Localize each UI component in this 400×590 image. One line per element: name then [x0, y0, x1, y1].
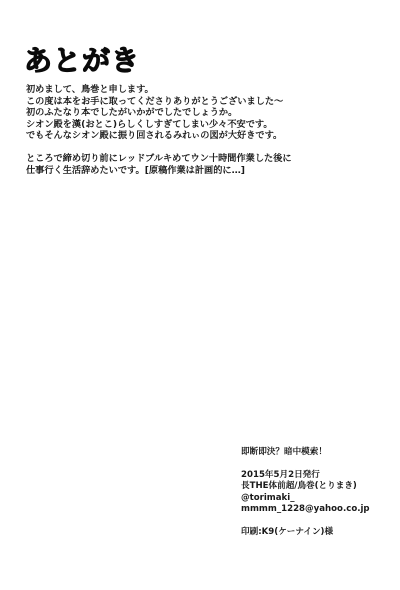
- circle-author: 長THE体前超/鳥巻(とりまき): [241, 481, 370, 493]
- text-line: シオン殿を漢(おとこ)らしくしすぎてしまい少々不安です。: [26, 119, 396, 131]
- printer-credit: 印刷:K9(ケーナイン)様: [241, 527, 370, 539]
- text-line: ところで締め切り前にレッドブルキめてウン十時間作業した後に: [26, 153, 396, 165]
- page-title: あとがき: [24, 44, 140, 78]
- colophon: 即断即決？暗中模索！ 2015年5月2日発行 長THE体前超/鳥巻(とりまき) …: [241, 447, 370, 538]
- paragraph-greeting: 初めまして、鳥巻と申します。 この度は本をお手に取ってくださりありがとうございま…: [26, 84, 396, 142]
- afterword-body: 初めまして、鳥巻と申します。 この度は本をお手に取ってくださりありがとうございま…: [26, 84, 396, 176]
- publication-info: 2015年5月2日発行 長THE体前超/鳥巻(とりまき) @torimaki_ …: [241, 470, 370, 516]
- text-line: 初のふたなり本でしたがいかがでしたでしょうか。: [26, 107, 396, 119]
- text-line: 初めまして、鳥巻と申します。: [26, 84, 396, 96]
- text-line: 仕事行く生活辞めたいです。[原稿作業は計画的に…]: [26, 165, 396, 177]
- contact-email: mmmm_1228@yahoo.co.jp: [241, 504, 370, 516]
- text-line: でもそんなシオン殿に振り回されるみれぃの図が大好きです。: [26, 130, 396, 142]
- text-line: この度は本をお手に取ってくださりありがとうございました〜: [26, 96, 396, 108]
- afterword-page: あとがき 初めまして、鳥巻と申します。 この度は本をお手に取ってくださりありがと…: [0, 0, 400, 590]
- colophon-tagline: 即断即決？暗中模索！: [241, 447, 370, 459]
- twitter-handle: @torimaki_: [241, 493, 370, 505]
- paragraph-deadline: ところで締め切り前にレッドブルキめてウン十時間作業した後に 仕事行く生活辞めたい…: [26, 153, 396, 176]
- publish-date: 2015年5月2日発行: [241, 470, 370, 482]
